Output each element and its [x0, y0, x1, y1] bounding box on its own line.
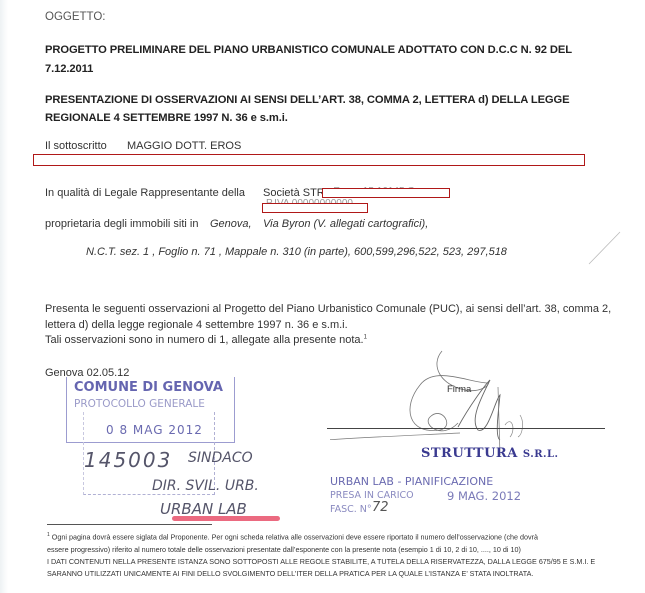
signature-line — [327, 428, 605, 429]
footnote-mark: 1 — [47, 532, 50, 538]
redaction-box-address — [322, 188, 450, 198]
body-line3-text: Tali osservazioni sono in numero di 1, a… — [45, 334, 364, 346]
redaction-box-birth — [33, 154, 585, 166]
body-line3: Tali osservazioni sono in numero di 1, a… — [45, 334, 367, 346]
applicant-label: Il sottoscritto — [45, 140, 107, 152]
footnote-line1: 1 Ogni pagina dovrà essere siglata dal P… — [47, 532, 538, 541]
footnote-line1-text: Ogni pagina dovrà essere siglata dal Pro… — [52, 532, 538, 541]
stamp-comune-subtitle: PROTOCOLLO GENERALE — [74, 398, 205, 410]
document-subtitle-line1: PRESENTAZIONE DI OSSERVAZIONI AI SENSI D… — [45, 94, 570, 106]
redaction-box-vat — [262, 203, 368, 213]
red-highlight-mark — [172, 516, 280, 521]
handwritten-sindaco: SINDACO — [188, 450, 253, 466]
stamp-urbanlab-date: 9 MAG. 2012 — [447, 489, 521, 503]
role-label: In qualità di Legale Rappresentante dell… — [45, 187, 245, 199]
company-stamp: STRUTTURA S.R.L. — [421, 446, 559, 461]
stamp-comune-title: COMUNE DI GENOVA — [74, 380, 223, 395]
stamp-urbanlab-title: URBAN LAB - PIANIFICAZIONE — [330, 475, 493, 488]
subject-label: OGGETTO: — [45, 11, 106, 23]
body-line2: lettera d) della legge regionale 4 sette… — [45, 319, 348, 331]
property-street: Via Byron (V. allegati cartografici), — [263, 218, 428, 230]
document-title-line1: PROGETTO PRELIMINARE DEL PIANO URBANISTI… — [45, 44, 572, 56]
privacy-notice-line1: I DATI CONTENUTI NELLA PRESENTE ISTANZA … — [47, 557, 595, 566]
cadastral-reference: N.C.T. sez. 1 , Foglio n. 71 , Mappale n… — [86, 246, 507, 258]
privacy-notice-line2: SARANNO UTILIZZATI UNICAMENTE AI FINI DE… — [47, 569, 533, 578]
handwritten-protocol-number: 145003 — [84, 448, 172, 472]
stamp-comune-date: 0 8 MAG 2012 — [106, 423, 203, 437]
property-city: Genova, — [210, 218, 252, 230]
company-stamp-name: STRUTTURA — [421, 446, 518, 461]
document-title-line2: 7.12.2011 — [45, 63, 93, 75]
pencil-mark — [585, 228, 625, 268]
property-label: proprietaria degli immobili siti in — [45, 218, 198, 230]
scan-edge — [0, 0, 8, 593]
handwritten-department: DIR. SVIL. URB. — [152, 478, 259, 494]
signature-label: Firma — [447, 384, 471, 395]
company-stamp-suffix: S.R.L. — [523, 449, 559, 460]
stamp-urbanlab-fasc-number: 72 — [372, 500, 389, 515]
document-subtitle-line2: REGIONALE 4 SETTEMBRE 1997 N. 36 e s.m.i… — [45, 112, 288, 124]
applicant-name: MAGGIO DOTT. EROS — [127, 140, 241, 152]
footnote-line2: essere progressivo) riferito al numero t… — [47, 545, 521, 554]
footnote-separator — [47, 524, 212, 525]
stamp-urbanlab-fasc-label: FASC. N° — [330, 504, 372, 515]
body-line1: Presenta le seguenti osservazioni al Pro… — [45, 303, 611, 315]
footnote-reference: 1 — [364, 334, 367, 340]
